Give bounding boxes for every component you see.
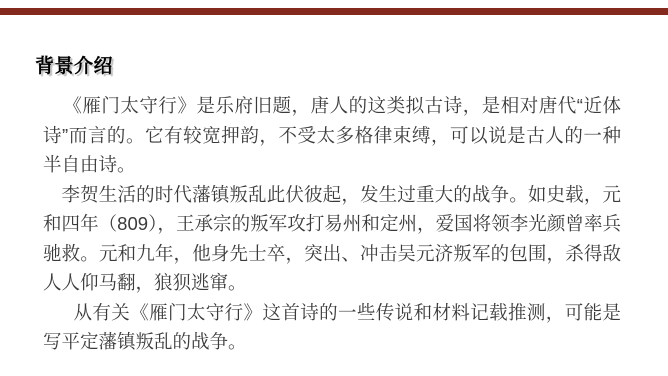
paragraph-2: 李贺生活的时代藩镇叛乱此伏彼起，发生过重大的战争。如史载，元和四年（809），王… (43, 180, 621, 298)
slide-title: 背景介绍 (35, 51, 113, 78)
accent-bar (0, 8, 668, 15)
paragraph-3: 从有关《雁门太守行》这首诗的一些传说和材料记载推测，可能是写平定藩镇叛乱的战争。 (43, 298, 621, 357)
paragraph-1: 《雁门太守行》是乐府旧题，唐人的这类拟古诗，是相对唐代“近体诗”而言的。它有较宽… (43, 91, 621, 180)
slide-body: 《雁门太守行》是乐府旧题，唐人的这类拟古诗，是相对唐代“近体诗”而言的。它有较宽… (43, 91, 621, 357)
slide-canvas: 背景介绍 《雁门太守行》是乐府旧题，唐人的这类拟古诗，是相对唐代“近体诗”而言的… (0, 0, 668, 376)
